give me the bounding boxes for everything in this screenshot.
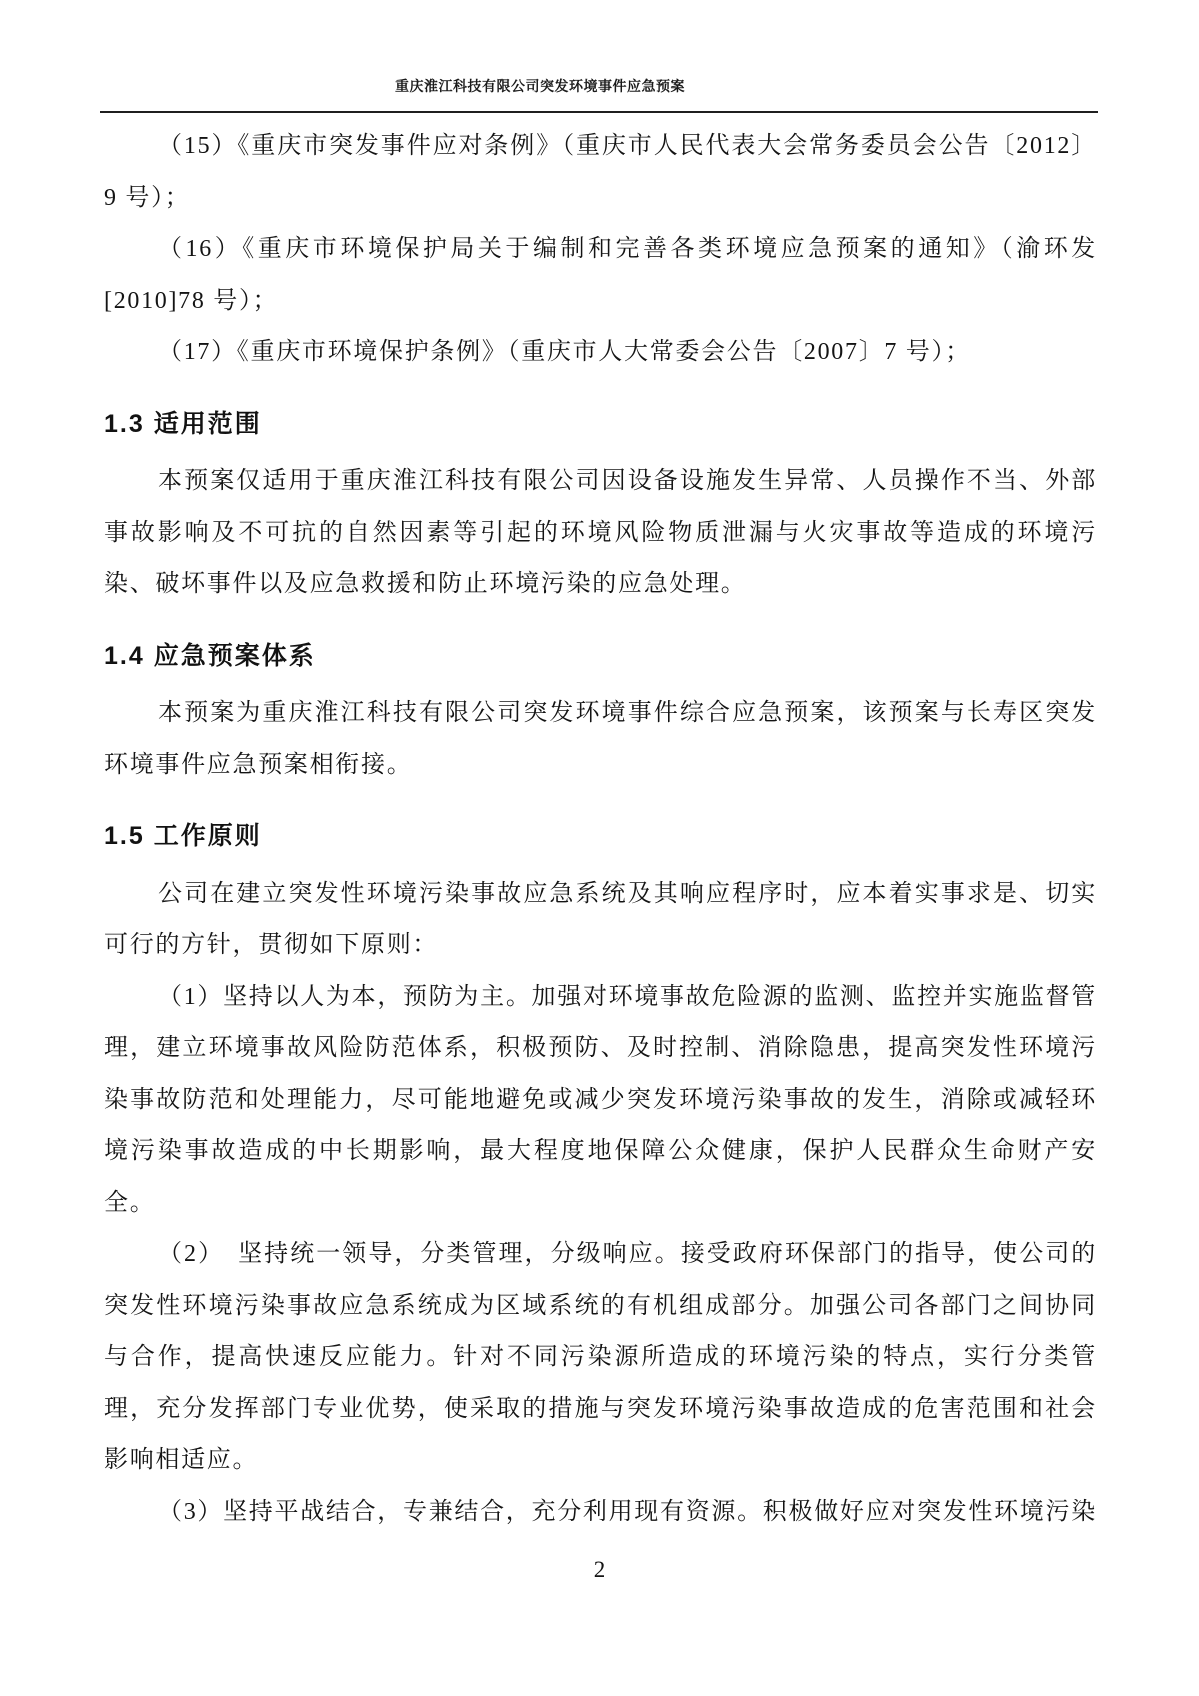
section-heading-1-4-plan-system: 1.4 应急预案体系 [104, 631, 1097, 683]
section-heading-1-5-work-principles: 1.5 工作原则 [104, 811, 1097, 863]
header-rule [100, 111, 1098, 113]
paragraph-principle-1: （1）坚持以人为本，预防为主。加强对环境事故危险源的监测、监控并实施监督管理，建… [104, 972, 1097, 1230]
page-body: （15）《重庆市突发事件应对条例》（重庆市人民代表大会常务委员会公告〔2012〕… [104, 121, 1097, 1538]
section-heading-1-3-scope: 1.3 适用范围 [104, 399, 1097, 451]
document-page: 重庆淮江科技有限公司突发环境事件应急预案 （15）《重庆市突发事件应对条例》（重… [0, 0, 1199, 1696]
page-header-title: 重庆淮江科技有限公司突发环境事件应急预案 [0, 76, 1080, 96]
reference-item-15: （15）《重庆市突发事件应对条例》（重庆市人民代表大会常务委员会公告〔2012〕… [104, 121, 1097, 224]
paragraph-scope: 本预案仅适用于重庆淮江科技有限公司因设备设施发生异常、人员操作不当、外部事故影响… [104, 456, 1097, 611]
reference-item-16: （16）《重庆市环境保护局关于编制和完善各类环境应急预案的通知》（渝环发[201… [104, 224, 1097, 327]
page-number: 2 [0, 1557, 1199, 1583]
paragraph-principle-3: （3）坚持平战结合，专兼结合，充分利用现有资源。积极做好应对突发性环境污染 [104, 1487, 1097, 1539]
paragraph-plan-system: 本预案为重庆淮江科技有限公司突发环境事件综合应急预案，该预案与长寿区突发环境事件… [104, 688, 1097, 791]
paragraph-principle-2: （2） 坚持统一领导，分类管理，分级响应。接受政府环保部门的指导，使公司的突发性… [104, 1229, 1097, 1487]
reference-item-17: （17）《重庆市环境保护条例》（重庆市人大常委会公告〔2007〕7 号）； [104, 327, 1097, 379]
paragraph-principles-intro: 公司在建立突发性环境污染事故应急系统及其响应程序时，应本着实事求是、切实可行的方… [104, 869, 1097, 972]
